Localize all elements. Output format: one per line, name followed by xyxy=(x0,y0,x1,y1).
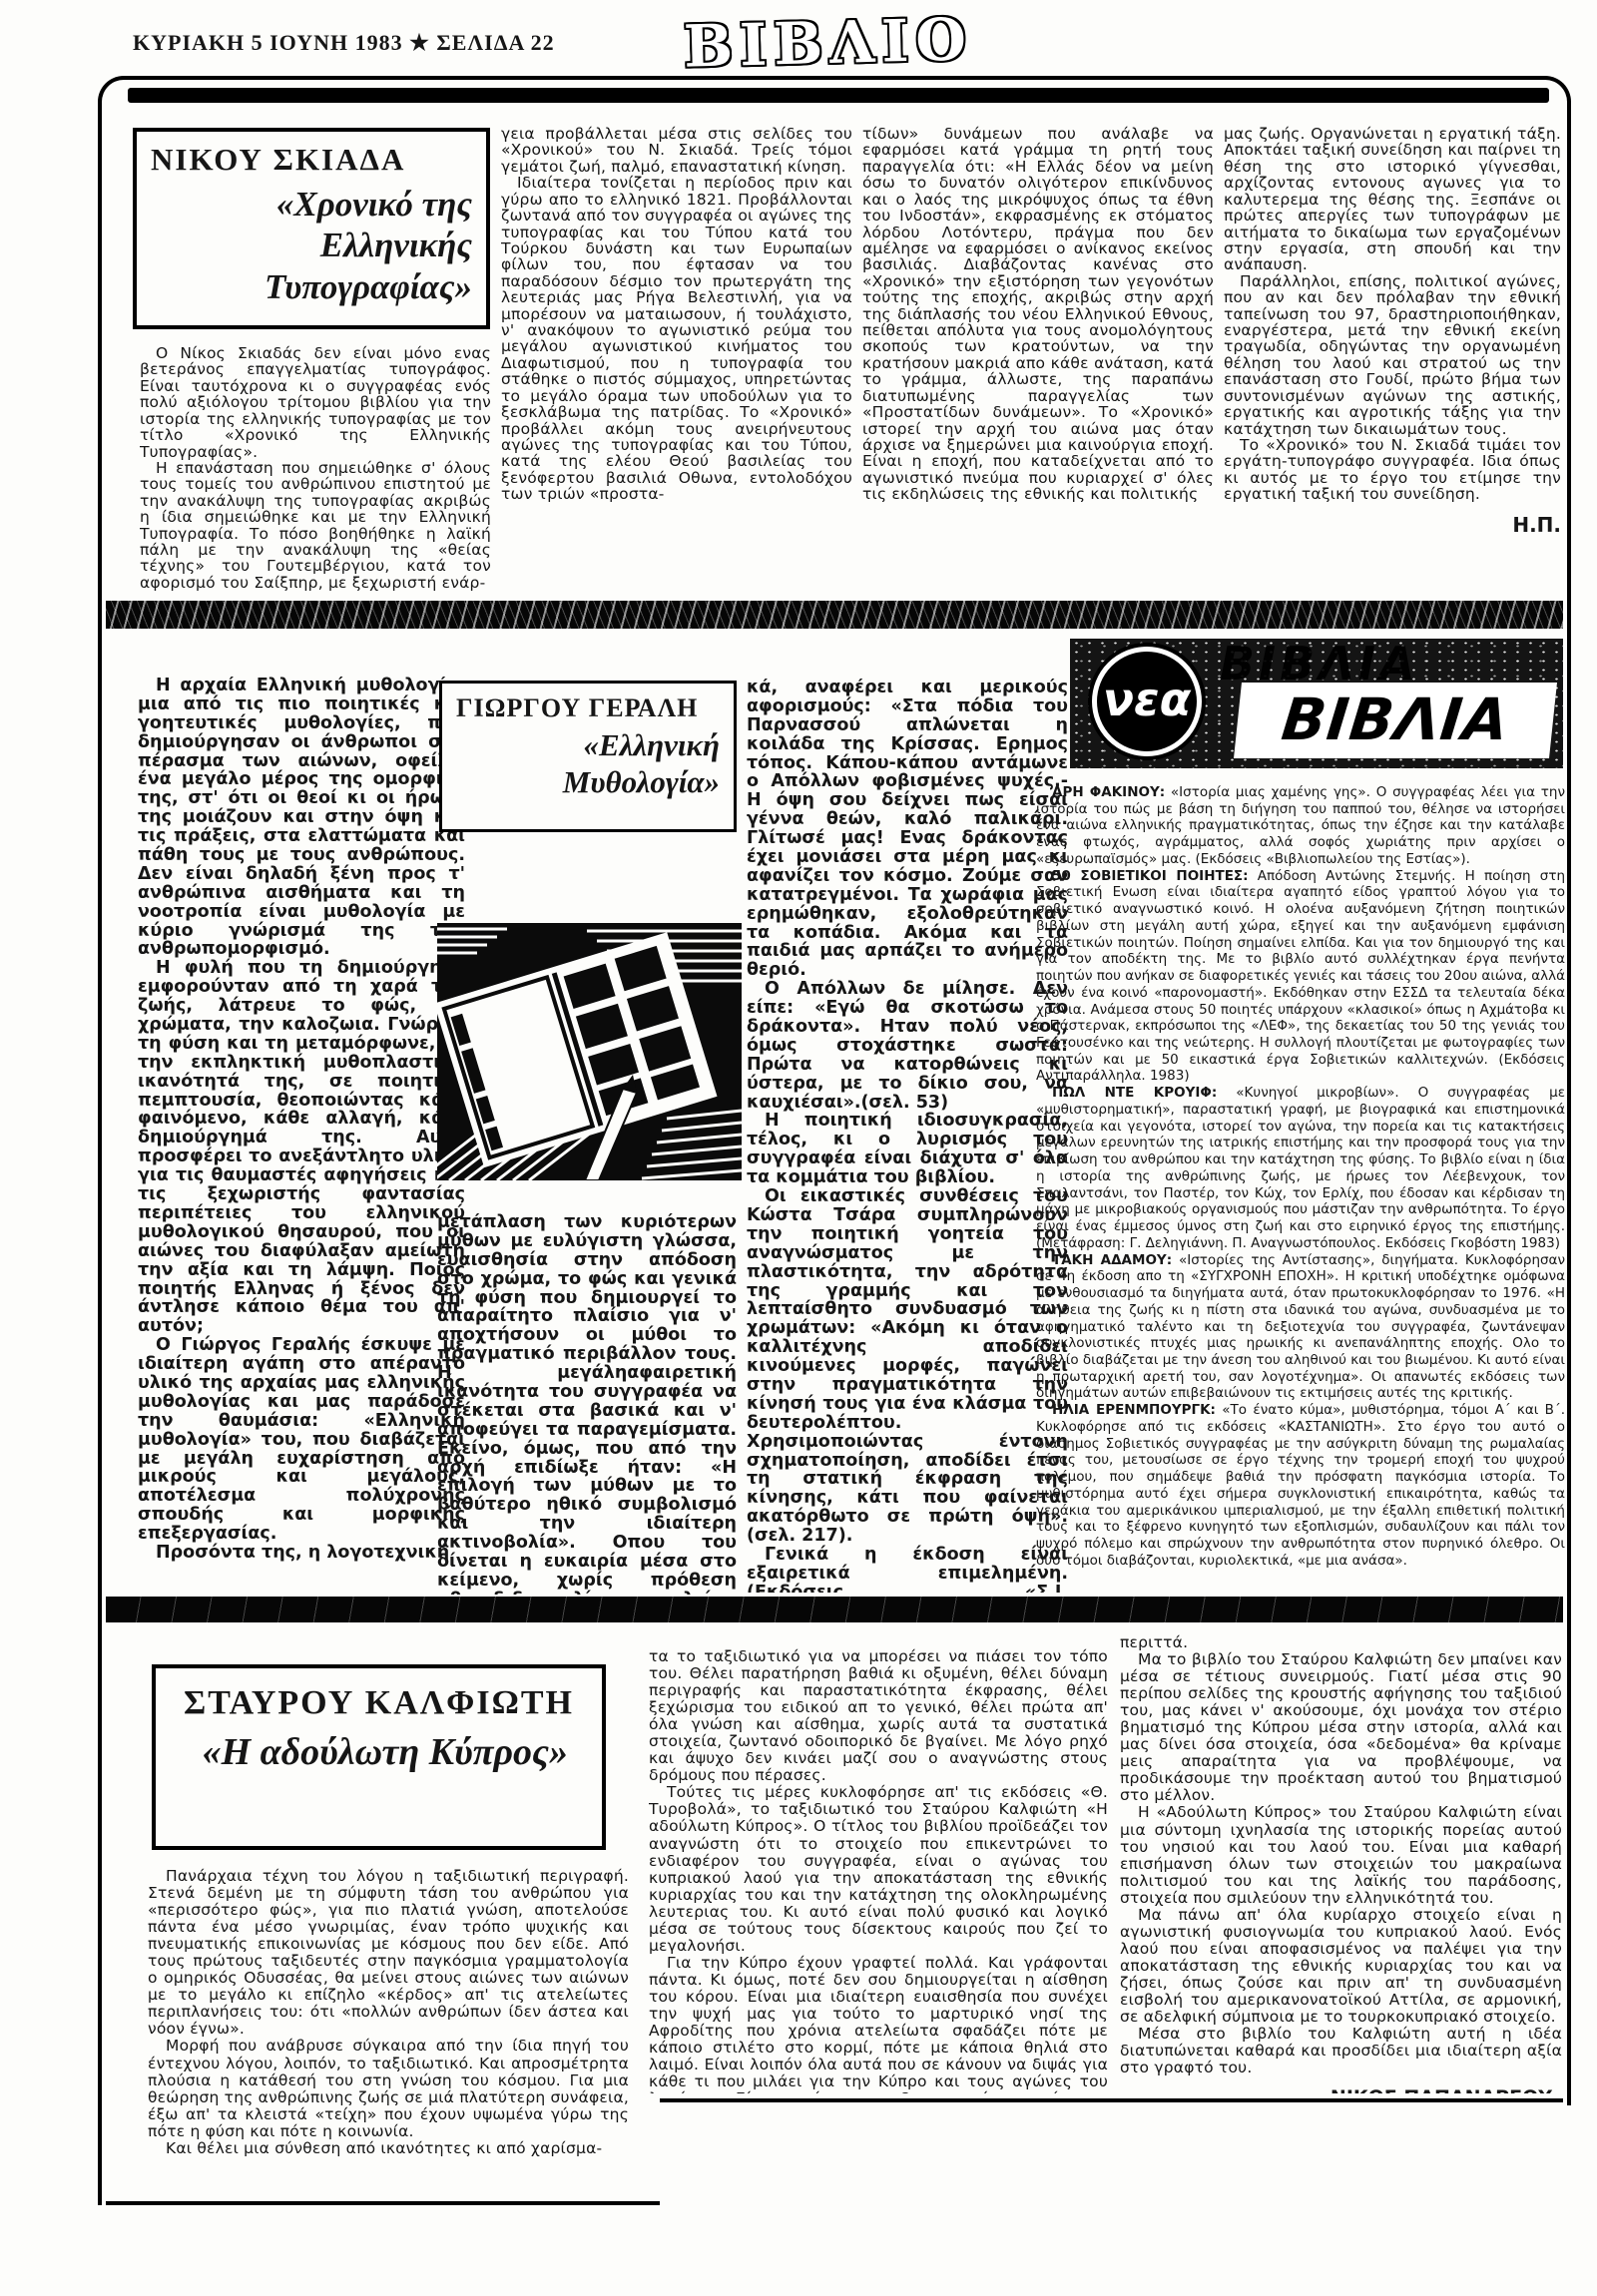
review-ehrenburg: ΗΛΙΑ ΕΡΕΝΜΠΟΥΡΓΚ: «Το ένατο κύμα», μυθισ… xyxy=(1036,1402,1565,1569)
article2-column-3: κά, αναφέρει και μερικούς αφορισμούς: «Σ… xyxy=(747,679,1068,1593)
article2-title: «Ελληνική Μυθολογία» xyxy=(456,727,720,800)
review-de-kruif-body: «Κυνηγοί μικροβίων». Ο συγγραφέας με «μυ… xyxy=(1036,1085,1565,1251)
article1-column-2: γεια προβάλλεται μέσα στις σελίδες του «… xyxy=(501,126,852,603)
article3-author: ΣΤΑΥΡΟΥ ΚΑΛΦΙΩΤΗ xyxy=(170,1684,588,1722)
nea-biblia-logo-circle: νεα xyxy=(1092,647,1202,756)
article2-column-1: Η αρχαία Ελληνική μυθολογία, μια από τις… xyxy=(138,677,465,1593)
article1-author: ΝΙΚΟΥ ΣΚΙΑΔΑ xyxy=(151,142,472,178)
review-ehrenburg-body: «Το ένατο κύμα», μυθιστόρημα, τόμοι Α΄ κ… xyxy=(1036,1402,1565,1569)
bottom-rule-right xyxy=(660,2098,1563,2102)
article1-column-4: μας ζωής. Οργανώνεται η εργατική τάξη. Α… xyxy=(1224,126,1561,603)
nea-biblia-reviews: ΑΡΗ ΦΑΚΙΝΟΥ: «Ιστορία μιας χαμένης γης».… xyxy=(1036,784,1565,1593)
article3-title-box: ΣΤΑΥΡΟΥ ΚΑΛΦΙΩΤΗ «Η αδούλωτη Κύπρος» xyxy=(152,1664,606,1850)
review-soviet-poets-name: 50 ΣΟΒΙΕΤΙΚΟΙ ΠΟΙΗΤΕΣ: xyxy=(1052,868,1249,884)
article1-title: «Χρονικό της Ελληνικής Τυπογραφίας» xyxy=(151,184,472,307)
review-soviet-poets-body: Απόδοση Αντώνης Στεμνής. Η ποίηση στη Σο… xyxy=(1036,868,1565,1085)
article3-column-3: περιττά. Μα το βιβλίο του Σταύρου Καλφιώ… xyxy=(1120,1634,1562,2093)
review-fakinos: ΑΡΗ ΦΑΚΙΝΟΥ: «Ιστορία μιας χαμένης γης».… xyxy=(1036,784,1565,868)
review-adamos-body: «Ιστορίες της Αντίστασης», διηγήματα. Κυ… xyxy=(1036,1252,1565,1402)
article2-column-2: μετάπλαση των κυριότερων μύθων με ευλύγι… xyxy=(437,1213,737,1595)
review-fakinos-name: ΑΡΗ ΦΑΚΙΝΟΥ: xyxy=(1052,784,1165,800)
article1-title-box: ΝΙΚΟΥ ΣΚΙΑΔΑ «Χρονικό της Ελληνικής Τυπο… xyxy=(133,128,490,329)
top-rule xyxy=(128,88,1549,103)
article3-signature: ΝΙΚΟΣ ΠΑΠΑΝΔΡΕΟΥ xyxy=(1120,2086,1562,2093)
review-ehrenburg-name: ΗΛΙΑ ΕΡΕΝΜΠΟΥΡΓΚ: xyxy=(1052,1402,1216,1418)
article1-signature: Η.Π. xyxy=(1224,513,1561,537)
review-de-kruif: ΠΩΛ ΝΤΕ ΚΡΟΥΙΦ: «Κυνηγοί μικροβίων». Ο σ… xyxy=(1036,1085,1565,1251)
dateline: ΚΥΡΙΑΚΗ 5 ΙΟΥΝΗ 1983 ★ ΣΕΛΙΔΑ 22 xyxy=(133,30,555,56)
bottom-rule-left xyxy=(106,2201,660,2205)
section-divider-top xyxy=(106,601,1563,629)
open-book-illustration-svg xyxy=(437,923,742,1180)
review-adamos: ΤΑΚΗ ΑΔΑΜΟΥ: «Ιστορίες της Αντίστασης», … xyxy=(1036,1252,1565,1403)
article3-title: «Η αδούλωτη Κύπρος» xyxy=(170,1730,588,1775)
review-adamos-name: ΤΑΚΗ ΑΔΑΜΟΥ: xyxy=(1052,1252,1172,1268)
open-book-illustration xyxy=(437,923,742,1180)
newspaper-page: ΚΥΡΙΑΚΗ 5 ΙΟΥΝΗ 1983 ★ ΣΕΛΙΔΑ 22 ΒΙΒΛΙΟ … xyxy=(0,0,1597,2296)
section-divider-bottom xyxy=(106,1597,1563,1622)
article1-column-1: Ο Νίκος Σκιαδάς δεν είναι μόνο ενας βετε… xyxy=(140,345,491,603)
article2-author: ΓΙΩΡΓΟΥ ΓΕΡΑΛΗ xyxy=(456,693,720,723)
article2-title-box: ΓΙΩΡΓΟΥ ΓΕΡΑΛΗ «Ελληνική Μυθολογία» xyxy=(439,681,737,832)
page-border-left-extension xyxy=(98,2095,102,2205)
article1-column-3: τίδων» δυνάμεων που ανάλαβε να εφαρμόσει… xyxy=(862,126,1214,603)
review-de-kruif-name: ΠΩΛ ΝΤΕ ΚΡΟΥΙΦ: xyxy=(1052,1085,1217,1101)
review-soviet-poets: 50 ΣΟΒΙΕΤΙΚΟΙ ΠΟΙΗΤΕΣ: Απόδοση Αντώνης Σ… xyxy=(1036,868,1565,1086)
article3-column-1: Πανάρχαια τέχνη του λόγου η ταξιδιωτική … xyxy=(148,1868,629,2193)
nea-biblia-logo-word: ΒΙΒΛΙΑ xyxy=(1234,683,1557,758)
article3-column-2: τα το ταξιδιωτικό για να μπορέσει να πιά… xyxy=(649,1648,1108,2093)
section-masthead: ΒΙΒΛΙΟ xyxy=(658,0,999,86)
nea-biblia-logo: ΒΙΒΛΙΑ νεα ΒΙΒΛΙΑ xyxy=(1070,639,1563,768)
